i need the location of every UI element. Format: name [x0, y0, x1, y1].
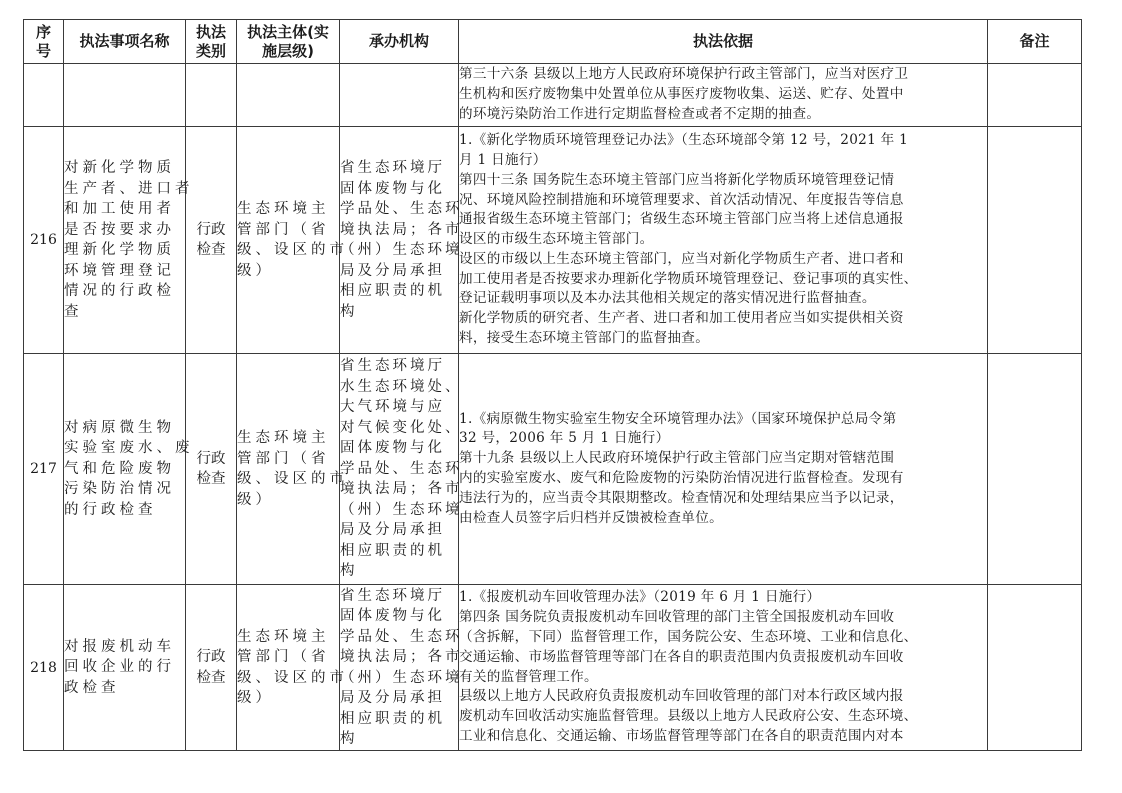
cell-category: [186, 64, 237, 127]
cell-subject: 生态环境主 管部门（省 级、设区的市 级）: [237, 127, 340, 354]
organ-line: 大气环境与应: [340, 397, 458, 418]
organ-line: 局及分局承担: [340, 688, 458, 709]
basis-line: 内的实验室废水、废气和危险废物的污染防治情况进行监督检查。发现有: [459, 469, 987, 489]
organ-line: 学品处、生态环: [340, 459, 458, 480]
subject-line: 级）: [237, 490, 339, 511]
organ-line: 境执法局；各市: [340, 220, 458, 241]
subject-line: 级、设区的市: [237, 240, 339, 261]
organ-line: 省生态环境厅: [340, 356, 458, 377]
basis-line: 月 1 日施行）: [459, 151, 987, 171]
header-seq-line: 号: [24, 42, 63, 61]
basis-line: 交通运输、市场监督管理等部门在各自的职责范围内负责报废机动车回收: [459, 648, 987, 668]
organ-line: 固体废物与化: [340, 606, 458, 627]
name-line: 是否按要求办: [64, 220, 185, 241]
organ-line: 局及分局承担: [340, 261, 458, 282]
cell-name: 对报废机动车 回收企业的行 政检查: [64, 585, 186, 751]
basis-line: 由检查人员签字后归档并反馈被检查单位。: [459, 509, 987, 529]
organ-line: 学品处、生态环: [340, 627, 458, 648]
category-line: 检查: [186, 668, 236, 689]
subject-line: 级、设区的市: [237, 668, 339, 689]
organ-line: 构: [340, 561, 458, 582]
cell-category: 行政 检查: [186, 585, 237, 751]
table-row: 第三十六条 县级以上地方人民政府环境保护行政主管部门，应当对医疗卫 生机构和医疗…: [24, 64, 1082, 127]
header-seq: 序 号: [24, 20, 64, 64]
cell-basis: 1.《新化学物质环境管理登记办法》（生态环境部令第 12 号，2021 年 1 …: [459, 127, 988, 354]
subject-line: 管部门（省: [237, 449, 339, 470]
header-category-line: 类别: [186, 42, 236, 61]
organ-line: 境执法局；各市: [340, 479, 458, 500]
header-organ: 承办机构: [340, 20, 459, 64]
organ-line: （州）生态环境: [340, 668, 458, 689]
header-row: 序 号 执法事项名称 执法 类别 执法主体(实 施层级) 承办机构 执法依据 备…: [24, 20, 1082, 64]
organ-line: 固体废物与化: [340, 438, 458, 459]
name-line: 生产者、进口者: [64, 179, 185, 200]
basis-line: 况、环境风险控制措施和环境管理要求、首次活动情况、年度报告等信息: [459, 191, 987, 211]
name-line: 对病原微生物: [64, 418, 185, 439]
basis-line: 第四十三条 国务院生态环境主管部门应当将新化学物质环境管理登记情: [459, 171, 987, 191]
cell-organ: 省生态环境厅 水生态环境处、 大气环境与应 对气候变化处、 固体废物与化 学品处…: [340, 354, 459, 585]
name-line: 气和危险废物: [64, 459, 185, 480]
header-subject-line: 执法主体(实: [237, 23, 339, 42]
table-row: 218 对报废机动车 回收企业的行 政检查 行政 检查 生态环境主 管部门（省 …: [24, 585, 1082, 751]
basis-line: 第三十六条 县级以上地方人民政府环境保护行政主管部门，应当对医疗卫: [459, 65, 987, 85]
basis-line: 县级以上地方人民政府负责报废机动车回收管理的部门对本行政区域内报: [459, 687, 987, 707]
cell-name: [64, 64, 186, 127]
basis-line: 32 号，2006 年 5 月 1 日施行）: [459, 429, 987, 449]
organ-line: 构: [340, 729, 458, 750]
name-line: 情况的行政检: [64, 281, 185, 302]
cell-note: [988, 127, 1082, 354]
basis-line: 1.《报废机动车回收管理办法》（2019 年 6 月 1 日施行）: [459, 588, 987, 608]
cell-category: 行政 检查: [186, 127, 237, 354]
cell-seq: [24, 64, 64, 127]
header-category: 执法 类别: [186, 20, 237, 64]
organ-line: 构: [340, 302, 458, 323]
basis-line: 第十九条 县级以上人民政府环境保护行政主管部门应当定期对管辖范围: [459, 449, 987, 469]
organ-line: 省生态环境厅: [340, 158, 458, 179]
cell-note: [988, 354, 1082, 585]
basis-line: 设区的市级生态环境主管部门。: [459, 230, 987, 250]
subject-line: 管部门（省: [237, 220, 339, 241]
cell-organ: [340, 64, 459, 127]
basis-line: 违法行为的，应当责令其限期整改。检查情况和处理结果应当予以记录，: [459, 489, 987, 509]
enforcement-items-table: 序 号 执法事项名称 执法 类别 执法主体(实 施层级) 承办机构 执法依据 备…: [23, 19, 1082, 751]
cell-category: 行政 检查: [186, 354, 237, 585]
basis-line: 废机动车回收活动实施监督管理。县级以上地方人民政府公安、生态环境、: [459, 707, 987, 727]
cell-name: 对病原微生物 实验室废水、废 气和危险废物 污染防治情况 的行政检查: [64, 354, 186, 585]
cell-subject: 生态环境主 管部门（省 级、设区的市 级）: [237, 354, 340, 585]
header-subject-line: 施层级): [237, 42, 339, 61]
table-row: 216 对新化学物质 生产者、进口者 和加工使用者 是否按要求办 理新化学物质 …: [24, 127, 1082, 354]
basis-line: 设区的市级以上生态环境主管部门，应当对新化学物质生产者、进口者和: [459, 250, 987, 270]
subject-line: 管部门（省: [237, 647, 339, 668]
cell-organ: 省生态环境厅 固体废物与化 学品处、生态环 境执法局；各市 （州）生态环境 局及…: [340, 127, 459, 354]
cell-note: [988, 64, 1082, 127]
name-line: 政检查: [64, 678, 185, 699]
subject-line: 生态环境主: [237, 627, 339, 648]
cell-seq: 216: [24, 127, 64, 354]
organ-line: 省生态环境厅: [340, 586, 458, 607]
category-line: 行政: [186, 220, 236, 241]
header-note: 备注: [988, 20, 1082, 64]
header-subject: 执法主体(实 施层级): [237, 20, 340, 64]
basis-line: 的环境污染防治工作进行定期监督检查或者不定期的抽查。: [459, 105, 987, 125]
organ-line: 局及分局承担: [340, 520, 458, 541]
basis-line: 有关的监督管理工作。: [459, 668, 987, 688]
table-row: 217 对病原微生物 实验室废水、废 气和危险废物 污染防治情况 的行政检查 行…: [24, 354, 1082, 585]
cell-basis: 1.《病原微生物实验室生物安全环境管理办法》（国家环境保护总局令第 32 号，2…: [459, 354, 988, 585]
cell-organ: 省生态环境厅 固体废物与化 学品处、生态环 境执法局；各市 （州）生态环境 局及…: [340, 585, 459, 751]
subject-line: 生态环境主: [237, 428, 339, 449]
name-line: 理新化学物质: [64, 240, 185, 261]
basis-line: 新化学物质的研究者、生产者、进口者和加工使用者应当如实提供相关资: [459, 309, 987, 329]
cell-seq: 217: [24, 354, 64, 585]
basis-line: 1.《新化学物质环境管理登记办法》（生态环境部令第 12 号，2021 年 1: [459, 131, 987, 151]
cell-name: 对新化学物质 生产者、进口者 和加工使用者 是否按要求办 理新化学物质 环境管理…: [64, 127, 186, 354]
basis-line: 加工使用者是否按要求办理新化学物质环境管理登记、登记事项的真实性、: [459, 270, 987, 290]
organ-line: （州）生态环境: [340, 500, 458, 521]
subject-line: 级）: [237, 688, 339, 709]
organ-line: 学品处、生态环: [340, 199, 458, 220]
name-line: 环境管理登记: [64, 261, 185, 282]
name-line: 回收企业的行: [64, 657, 185, 678]
subject-line: 级）: [237, 261, 339, 282]
organ-line: 境执法局；各市: [340, 647, 458, 668]
category-line: 检查: [186, 469, 236, 490]
subject-line: 生态环境主: [237, 199, 339, 220]
category-line: 行政: [186, 647, 236, 668]
basis-line: 通报省级生态环境主管部门；省级生态环境主管部门应当将上述信息通报: [459, 210, 987, 230]
basis-line: 第四条 国务院负责报废机动车回收管理的部门主管全国报废机动车回收: [459, 608, 987, 628]
organ-line: 相应职责的机: [340, 281, 458, 302]
basis-line: 工业和信息化、交通运输、市场监督管理等部门在各自的职责范围内对本: [459, 727, 987, 747]
organ-line: 相应职责的机: [340, 541, 458, 562]
subject-line: 级、设区的市: [237, 469, 339, 490]
header-seq-line: 序: [24, 23, 63, 42]
name-line: 对新化学物质: [64, 158, 185, 179]
cell-subject: 生态环境主 管部门（省 级、设区的市 级）: [237, 585, 340, 751]
name-line: 查: [64, 302, 185, 323]
basis-line: 生机构和医疗废物集中处置单位从事医疗废物收集、运送、贮存、处置中: [459, 85, 987, 105]
cell-basis: 第三十六条 县级以上地方人民政府环境保护行政主管部门，应当对医疗卫 生机构和医疗…: [459, 64, 988, 127]
cell-subject: [237, 64, 340, 127]
header-name: 执法事项名称: [64, 20, 186, 64]
name-line: 污染防治情况: [64, 479, 185, 500]
organ-line: 相应职责的机: [340, 709, 458, 730]
organ-line: 固体废物与化: [340, 179, 458, 200]
cell-note: [988, 585, 1082, 751]
organ-line: 对气候变化处、: [340, 418, 458, 439]
name-line: 和加工使用者: [64, 199, 185, 220]
basis-line: 料，接受生态环境主管部门的监督抽查。: [459, 329, 987, 349]
name-line: 的行政检查: [64, 500, 185, 521]
organ-line: 水生态环境处、: [340, 377, 458, 398]
category-line: 检查: [186, 240, 236, 261]
basis-line: （含拆解，下同）监督管理工作，国务院公安、生态环境、工业和信息化、: [459, 628, 987, 648]
cell-basis: 1.《报废机动车回收管理办法》（2019 年 6 月 1 日施行） 第四条 国务…: [459, 585, 988, 751]
organ-line: （州）生态环境: [340, 240, 458, 261]
header-basis: 执法依据: [459, 20, 988, 64]
cell-seq: 218: [24, 585, 64, 751]
name-line: 对报废机动车: [64, 637, 185, 658]
basis-line: 1.《病原微生物实验室生物安全环境管理办法》（国家环境保护总局令第: [459, 410, 987, 430]
name-line: 实验室废水、废: [64, 438, 185, 459]
header-category-line: 执法: [186, 23, 236, 42]
basis-line: 登记证载明事项以及本办法其他相关规定的落实情况进行监督抽查。: [459, 289, 987, 309]
